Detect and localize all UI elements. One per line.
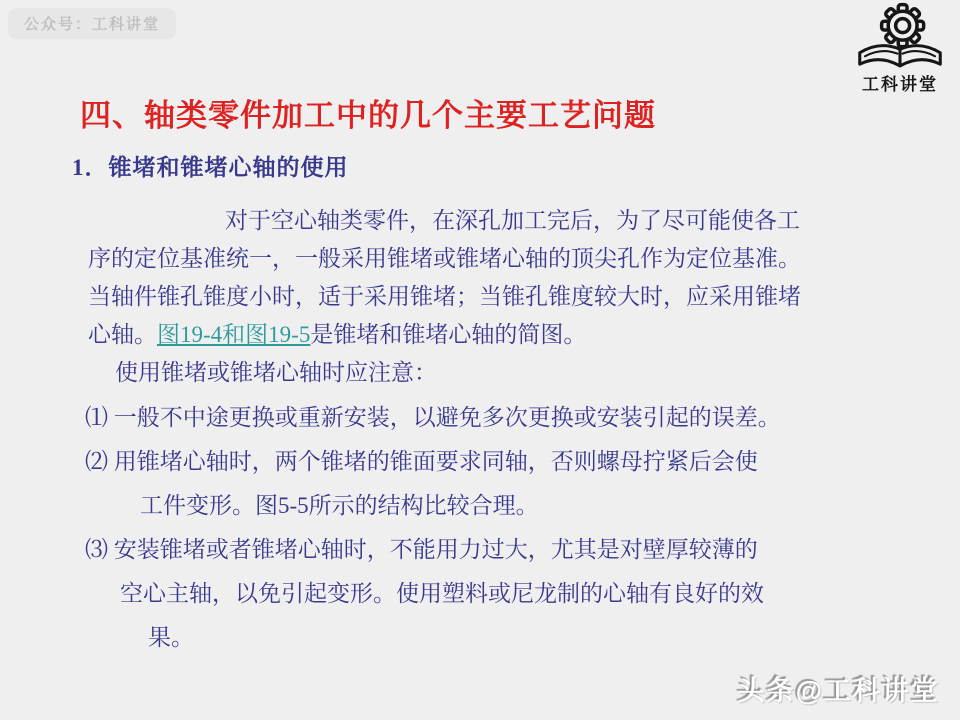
notes-intro-line: 使用锥堵或锥堵心轴时应注意： bbox=[72, 354, 908, 392]
slide-body: 1．锥堵和锥堵心轴的使用 对于空心轴类零件，在深孔加工完后，为了尽可能使各工 序… bbox=[72, 150, 908, 660]
paragraph-line: 心轴。图19-4和图19-5是锥堵和锥堵心轴的简图。 bbox=[72, 316, 908, 354]
gear-book-icon bbox=[848, 2, 952, 72]
toutiao-watermark: 头条@工科讲堂 bbox=[738, 669, 940, 708]
paragraph-text: 是锥堵和锥堵心轴的简图。 bbox=[310, 322, 586, 347]
wechat-channel-badge: 公众号：工科讲堂 bbox=[8, 8, 176, 39]
paragraph-line: 序的定位基准统一，一般采用锥堵或锥堵心轴的顶尖孔作为定位基准。 bbox=[72, 240, 908, 278]
note-item-3: ⑶ 安装锥堵或者锥堵心轴时，不能用力过大，尤其是对壁厚较薄的 bbox=[72, 528, 908, 572]
notes-list: ⑴ 一般不中途更换或重新安装，以避免多次更换或安装引起的误差。 ⑵ 用锥堵心轴时… bbox=[72, 396, 908, 660]
figure-link[interactable]: 图19-4和图19-5 bbox=[157, 322, 310, 347]
paragraph-line: 对于空心轴类零件，在深孔加工完后，为了尽可能使各工 bbox=[72, 202, 908, 240]
intro-paragraph: 对于空心轴类零件，在深孔加工完后，为了尽可能使各工 序的定位基准统一，一般采用锥… bbox=[72, 202, 908, 392]
brand-logo-label: 工科讲堂 bbox=[848, 70, 952, 95]
note-item-3-cont: 果。 bbox=[72, 616, 908, 660]
note-item-2-cont: 工件变形。图5-5所示的结构比较合理。 bbox=[72, 484, 908, 528]
note-item-2: ⑵ 用锥堵心轴时，两个锥堵的锥面要求同轴，否则螺母拧紧后会使 bbox=[72, 440, 908, 484]
note-item-1: ⑴ 一般不中途更换或重新安装，以避免多次更换或安装引起的误差。 bbox=[72, 396, 908, 440]
paragraph-text: 心轴。 bbox=[88, 322, 157, 347]
section-heading: 1．锥堵和锥堵心轴的使用 bbox=[72, 150, 908, 186]
paragraph-line: 当轴件锥孔锥度小时，适于采用锥堵；当锥孔锥度较大时，应采用锥堵 bbox=[72, 278, 908, 316]
slide-title: 四、轴类零件加工中的几个主要工艺问题 bbox=[80, 90, 656, 135]
note-item-3-cont: 空心主轴，以免引起变形。使用塑料或尼龙制的心轴有良好的效 bbox=[72, 572, 908, 616]
brand-logo: 工科讲堂 bbox=[848, 2, 952, 95]
